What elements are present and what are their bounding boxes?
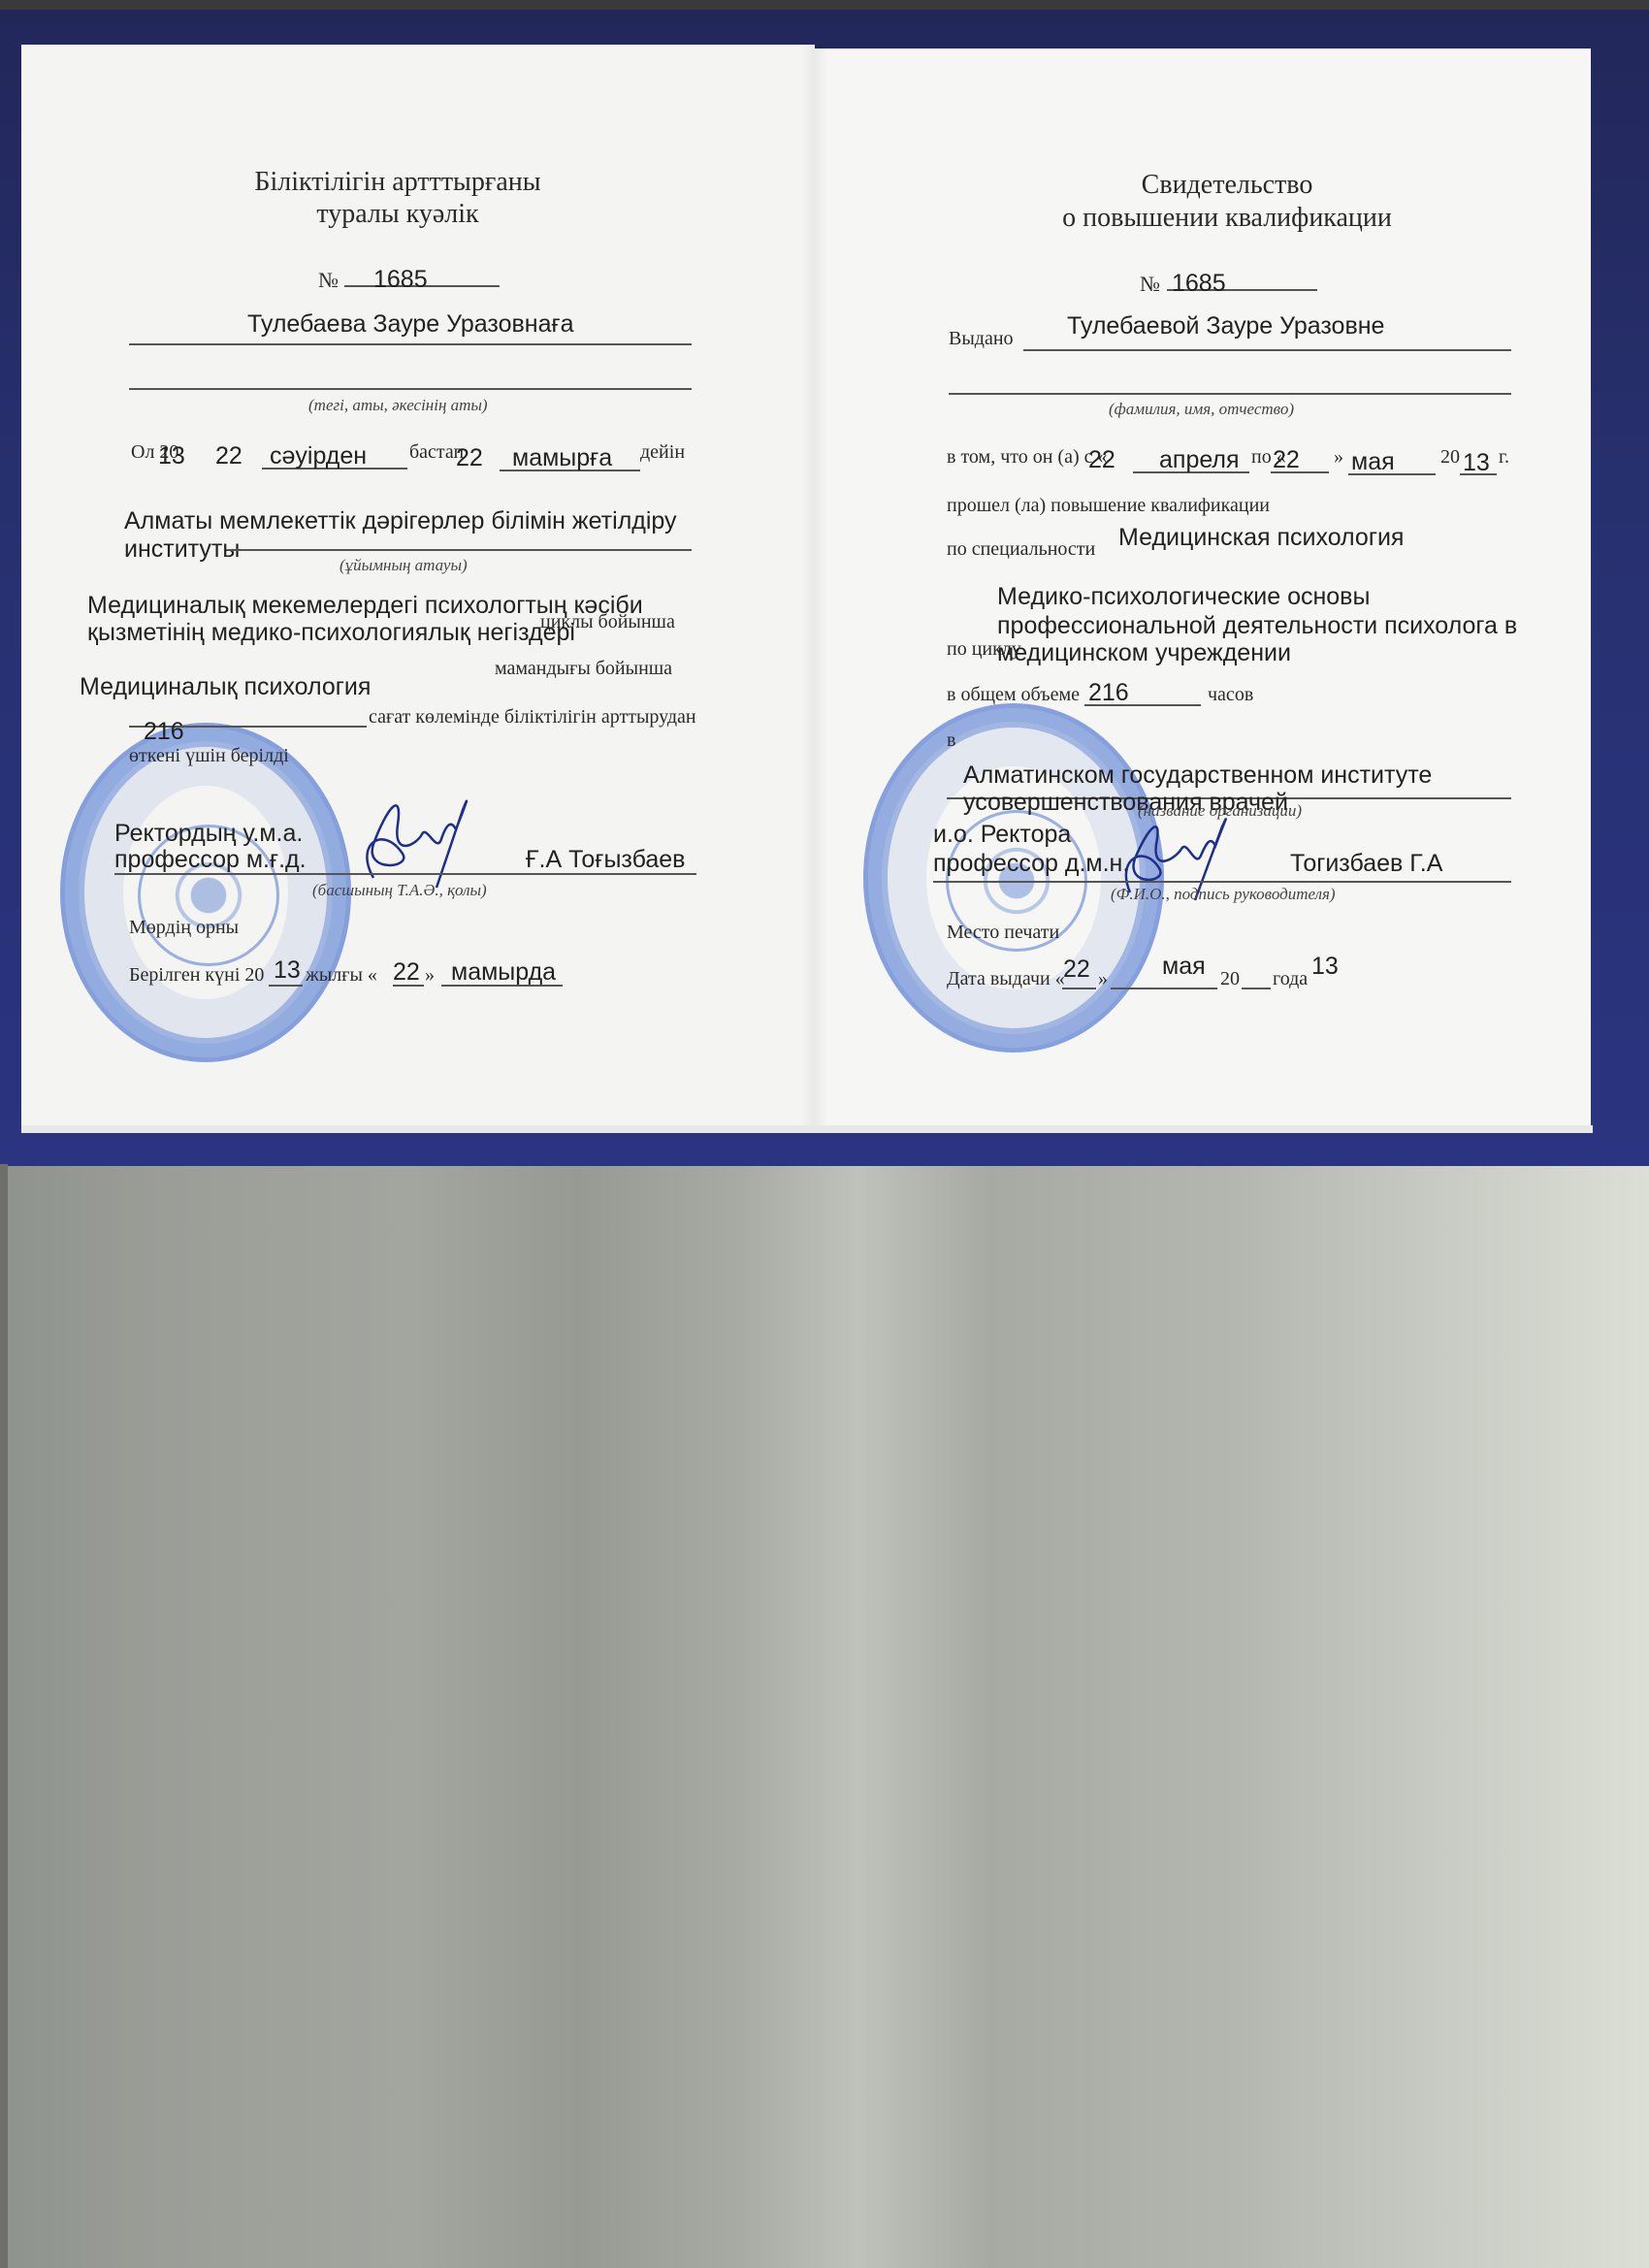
left-seal-place: Мөрдің орны	[129, 917, 239, 939]
page-bottom-edge	[21, 1125, 1593, 1133]
left-signer-name: Ғ.А Тоғызбаев	[526, 846, 685, 874]
right-period-end-day: 22	[1273, 446, 1300, 474]
right-issued-to-label: Выдано	[949, 328, 1014, 350]
right-period-prefix: в том, что он (а) с «	[947, 446, 1108, 469]
left-cycle-line2: қызметінің медико-психологиялық негіздер…	[87, 619, 575, 647]
left-issued-close: »	[425, 964, 435, 987]
left-period-start-day: 22	[215, 442, 242, 470]
left-specialty-suffix: мамандығы бойынша	[495, 658, 672, 680]
left-institution-line2: институты	[124, 535, 240, 564]
left-institution-line1: Алматы мемлекеттік дәрігерлер білімін же…	[124, 507, 677, 535]
right-hours: 216	[1088, 679, 1129, 707]
right-certificate-number: 1685	[1172, 270, 1226, 298]
right-period-end-month: мая	[1351, 448, 1395, 476]
scan-left-edge	[0, 1164, 8, 2268]
right-signer-name: Тогизбаев Г.А	[1290, 850, 1442, 878]
right-period-year-suffix: г.	[1499, 446, 1509, 469]
right-period-start-day: 22	[1088, 446, 1115, 474]
right-institution-caption: (название организации)	[1138, 801, 1302, 821]
right-cycle-line3: медицинском учреждении	[997, 639, 1291, 667]
left-period-end-month: мамырға	[512, 444, 612, 472]
right-issue-year: 13	[1311, 953, 1339, 981]
right-in-label: в	[947, 729, 955, 752]
left-period-start-month: сәуірден	[270, 442, 367, 470]
right-name-caption: (фамилия, имя, отчество)	[1109, 400, 1294, 419]
left-issued-prefix: Берілген күні 20	[129, 964, 264, 987]
left-name-caption: (тегі, аты, әкесінің аты)	[308, 396, 488, 415]
left-number-label: №	[318, 268, 339, 293]
left-hours-suffix: сағат көлемінде біліктілігін арттырудан	[369, 706, 696, 729]
right-issue-month: мая	[1162, 953, 1206, 981]
right-title-line1: Свидетельство	[1023, 170, 1431, 201]
right-issue-date-label: Дата выдачи «	[947, 968, 1065, 990]
left-issued-day: 22	[393, 958, 420, 987]
right-cycle-line1: Медико-психологические основы	[997, 583, 1370, 611]
left-signer-title-line1: Ректордың у.м.а.	[114, 820, 303, 848]
left-hours: 216	[144, 718, 184, 746]
right-specialty-label: по специальности	[947, 538, 1095, 561]
right-signer-caption: (Ф.И.О., подпись руководителя)	[1111, 885, 1336, 904]
left-specialty: Медициналық психология	[80, 673, 371, 701]
right-hours-suffix: часов	[1208, 684, 1253, 706]
right-period-close: »	[1334, 446, 1343, 469]
left-title-line2: туралы куәлік	[194, 199, 601, 230]
left-certificate-number: 1685	[373, 266, 428, 294]
right-issue-close: »	[1098, 968, 1108, 990]
left-issued-month: мамырда	[451, 958, 556, 987]
right-period-year: 13	[1463, 449, 1490, 477]
official-seal-left	[60, 723, 351, 1062]
left-passed-text: өткені үшін берілді	[129, 745, 289, 767]
right-hours-label: в общем объеме	[947, 684, 1080, 706]
right-number-label: №	[1140, 272, 1160, 297]
right-period-start-month: апреля	[1159, 446, 1240, 474]
right-issue-year-suffix: года	[1273, 968, 1308, 990]
right-issue-year-prefix: 20	[1220, 968, 1240, 990]
left-period-year: 13	[158, 442, 185, 470]
left-period-end-day: 22	[456, 444, 483, 472]
right-issue-day: 22	[1063, 956, 1090, 984]
left-signer-title-line2: профессор м.ғ.д.	[114, 846, 307, 874]
right-specialty: Медицинская психология	[1118, 524, 1404, 552]
right-seal-place: Место печати	[947, 922, 1059, 944]
left-issued-year: 13	[274, 956, 301, 985]
right-cycle-line2: профессиональной деятельности психолога …	[997, 612, 1517, 640]
right-signer-title-line2: профессор д.м.н.	[933, 850, 1129, 878]
right-recipient-name: Тулебаевой Зауре Уразовне	[1067, 312, 1384, 340]
signature-left	[344, 786, 480, 892]
left-period-suffix: дейін	[640, 441, 685, 464]
right-signer-title-line1: и.о. Ректора	[933, 821, 1071, 849]
left-institution-caption: (ұйымның атауы)	[339, 556, 468, 575]
left-signer-caption: (басшының Т.А.Ә., қолы)	[312, 881, 487, 900]
left-issued-mid: жылғы «	[306, 964, 377, 987]
right-passed-text: прошел (ла) повышение квалификации	[947, 495, 1270, 517]
right-title-line2: о повышении квалификации	[1023, 203, 1431, 234]
left-title-line1: Біліктілігін артттырғаны	[194, 167, 601, 198]
left-recipient-name: Тулебаева Зауре Уразовнаға	[247, 310, 574, 339]
page-gutter	[801, 45, 828, 1129]
right-institution-line1: Алматинском государственном институте	[963, 761, 1432, 790]
right-period-year-prefix: 20	[1440, 446, 1460, 469]
